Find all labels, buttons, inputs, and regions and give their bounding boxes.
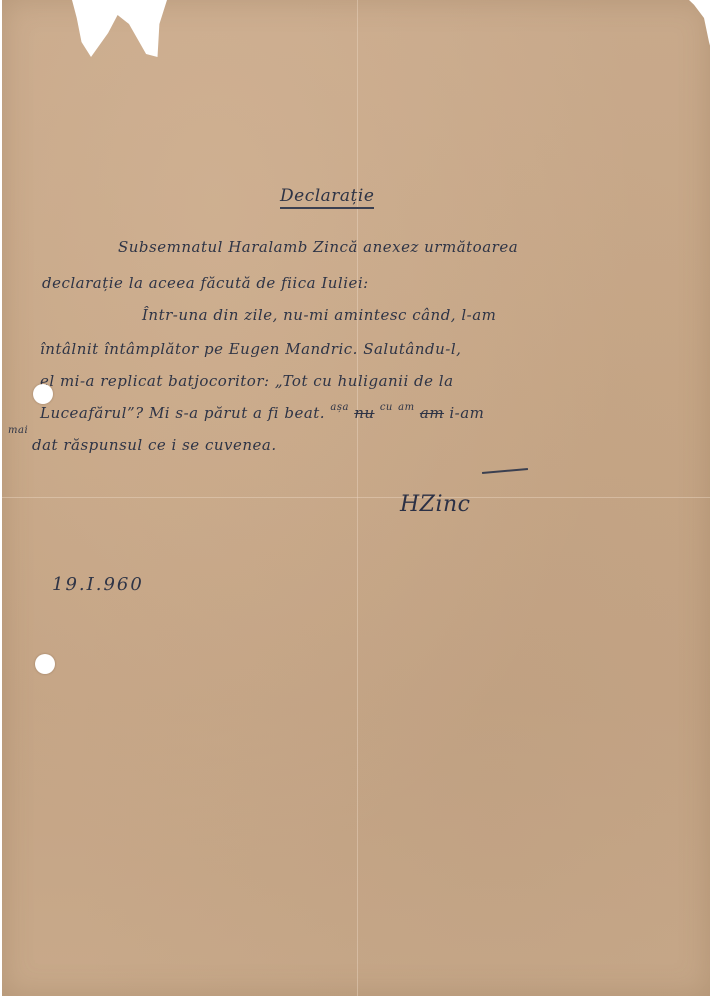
body-line-5: el mi-a replicat batjocoritor: „Tot cu h… [40, 372, 454, 390]
signature-flourish [482, 468, 528, 474]
insertion-above-2: cu [380, 402, 393, 413]
body-line-3: Într-una din zile, nu-mi amintesc când, … [142, 306, 496, 324]
line-6-ending: i-am [449, 404, 484, 422]
document-page: Declarație Subsemnatul Haralamb Zincă an… [2, 0, 710, 996]
struck-word-1: nu [354, 404, 374, 422]
fold-line-horizontal [2, 497, 710, 498]
signature: HZinc [400, 492, 471, 517]
insertion-above-1: așa [330, 402, 349, 413]
punch-hole-lower [35, 654, 55, 674]
body-line-2: declarație la aceea făcută de fiica Iuli… [42, 274, 369, 292]
insertion-above-3: am [398, 402, 414, 413]
margin-note: mai [8, 425, 28, 436]
struck-word-2: am [420, 404, 444, 422]
body-line-4: întâlnit întâmplător pe Eugen Mandric. S… [40, 340, 461, 358]
body-line-7: dat răspunsul ce i se cuvenea. [32, 436, 277, 454]
body-line-6-text: Luceafărul”? Mi s-a părut a fi beat. [40, 404, 325, 422]
document-title: Declarație [280, 186, 374, 209]
document-date: 19.I.960 [52, 574, 144, 595]
fold-line-vertical [357, 0, 358, 996]
punch-hole-upper [33, 384, 53, 404]
body-line-6: Luceafărul”? Mi s-a părut a fi beat. așa… [40, 404, 484, 422]
body-line-1: Subsemnatul Haralamb Zincă anexez următo… [118, 238, 518, 256]
